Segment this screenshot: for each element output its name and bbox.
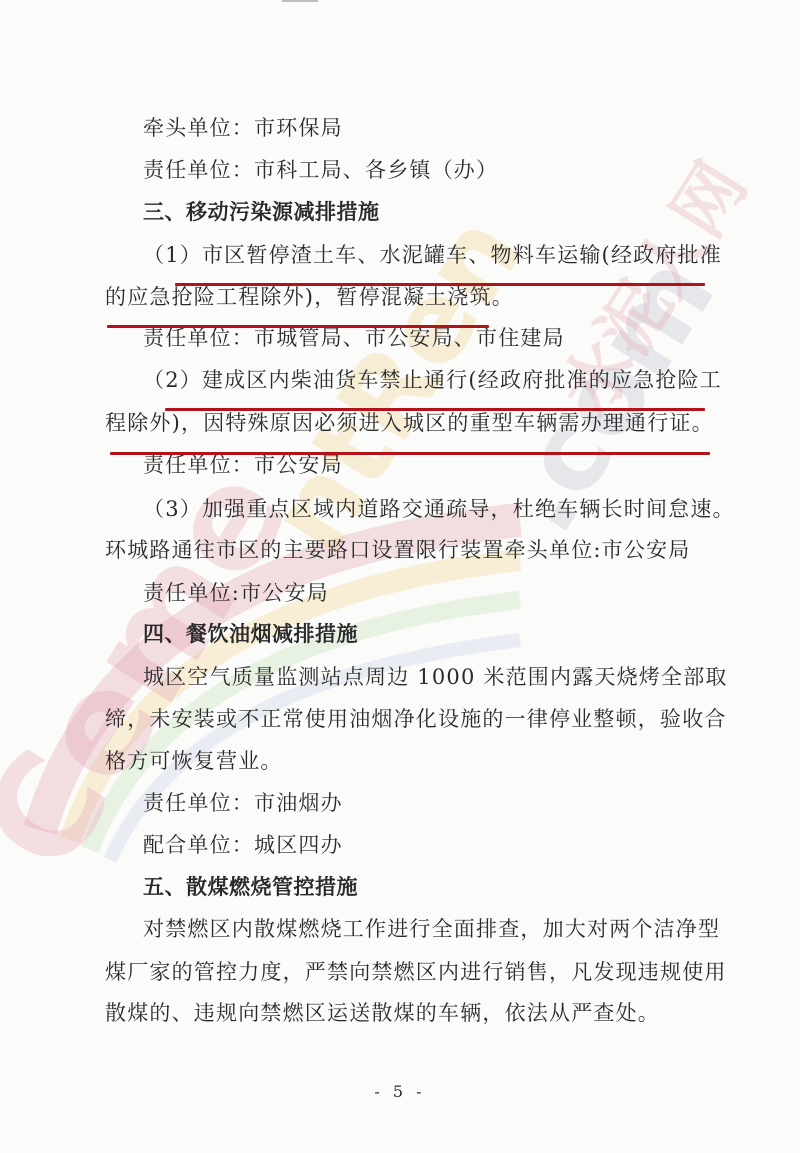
red-underline — [175, 283, 705, 286]
section-heading: 五、散煤燃烧管控措施 — [143, 873, 358, 901]
text-line: 对禁燃区内散煤燃烧工作进行全面排查，加大对两个洁净型 — [143, 915, 720, 943]
red-underline — [110, 452, 710, 455]
text-line: 的应急抢险工程除外)，暂停混凝土浇筑。 — [105, 283, 514, 311]
section-heading: 四、餐饮油烟减排措施 — [143, 620, 358, 648]
text-line: 责任单位：市城管局、市公安局、市住建局 — [143, 324, 565, 352]
text-line: 配合单位：城区四办 — [143, 831, 343, 859]
text-line: 散煤的、违规向禁燃区运送散煤的车辆，依法从严查处。 — [105, 999, 660, 1027]
text-line: 煤厂家的管控力度，严禁向禁燃区内进行销售，凡发现违规使用 — [105, 958, 727, 986]
text-line: （3）加强重点区域内道路交通疏导，杜绝车辆长时间怠速。 — [143, 495, 735, 523]
document-page: 牵头单位：市环保局责任单位：市科工局、各乡镇（办）三、移动污染源减排措施（1）市… — [0, 0, 800, 1153]
text-line: （2）建成区内柴油货车禁止通行(经政府批准的应急抢险工 — [143, 366, 722, 394]
text-line: 责任单位:市公安局 — [143, 579, 329, 607]
text-line: （1）市区暂停渣土车、水泥罐车、物料车运输(经政府批准 — [143, 241, 722, 269]
red-underline — [107, 325, 489, 328]
text-line: 责任单位：市油烟办 — [143, 789, 343, 817]
text-line: 格方可恢复营业。 — [105, 747, 283, 775]
red-underline — [165, 408, 705, 411]
text-line: 缔，未安装或不正常使用油烟净化设施的一律停业整顿，验收合 — [105, 705, 727, 733]
text-line: 牵头单位：市环保局 — [143, 114, 343, 142]
text-line: 程除外)，因特殊原因必须进入城区的重型车辆需办理通行证。 — [105, 409, 714, 437]
text-line: 城区空气质量监测站点周边 1000 米范围内露天烧烤全部取 — [143, 663, 728, 691]
text-line: 责任单位：市科工局、各乡镇（办） — [143, 156, 498, 184]
section-heading: 三、移动污染源减排措施 — [143, 198, 380, 226]
text-line: 责任单位：市公安局 — [143, 451, 343, 479]
text-line: 环城路通往市区的主要路口设置限行装置牵头单位:市公安局 — [105, 536, 690, 564]
